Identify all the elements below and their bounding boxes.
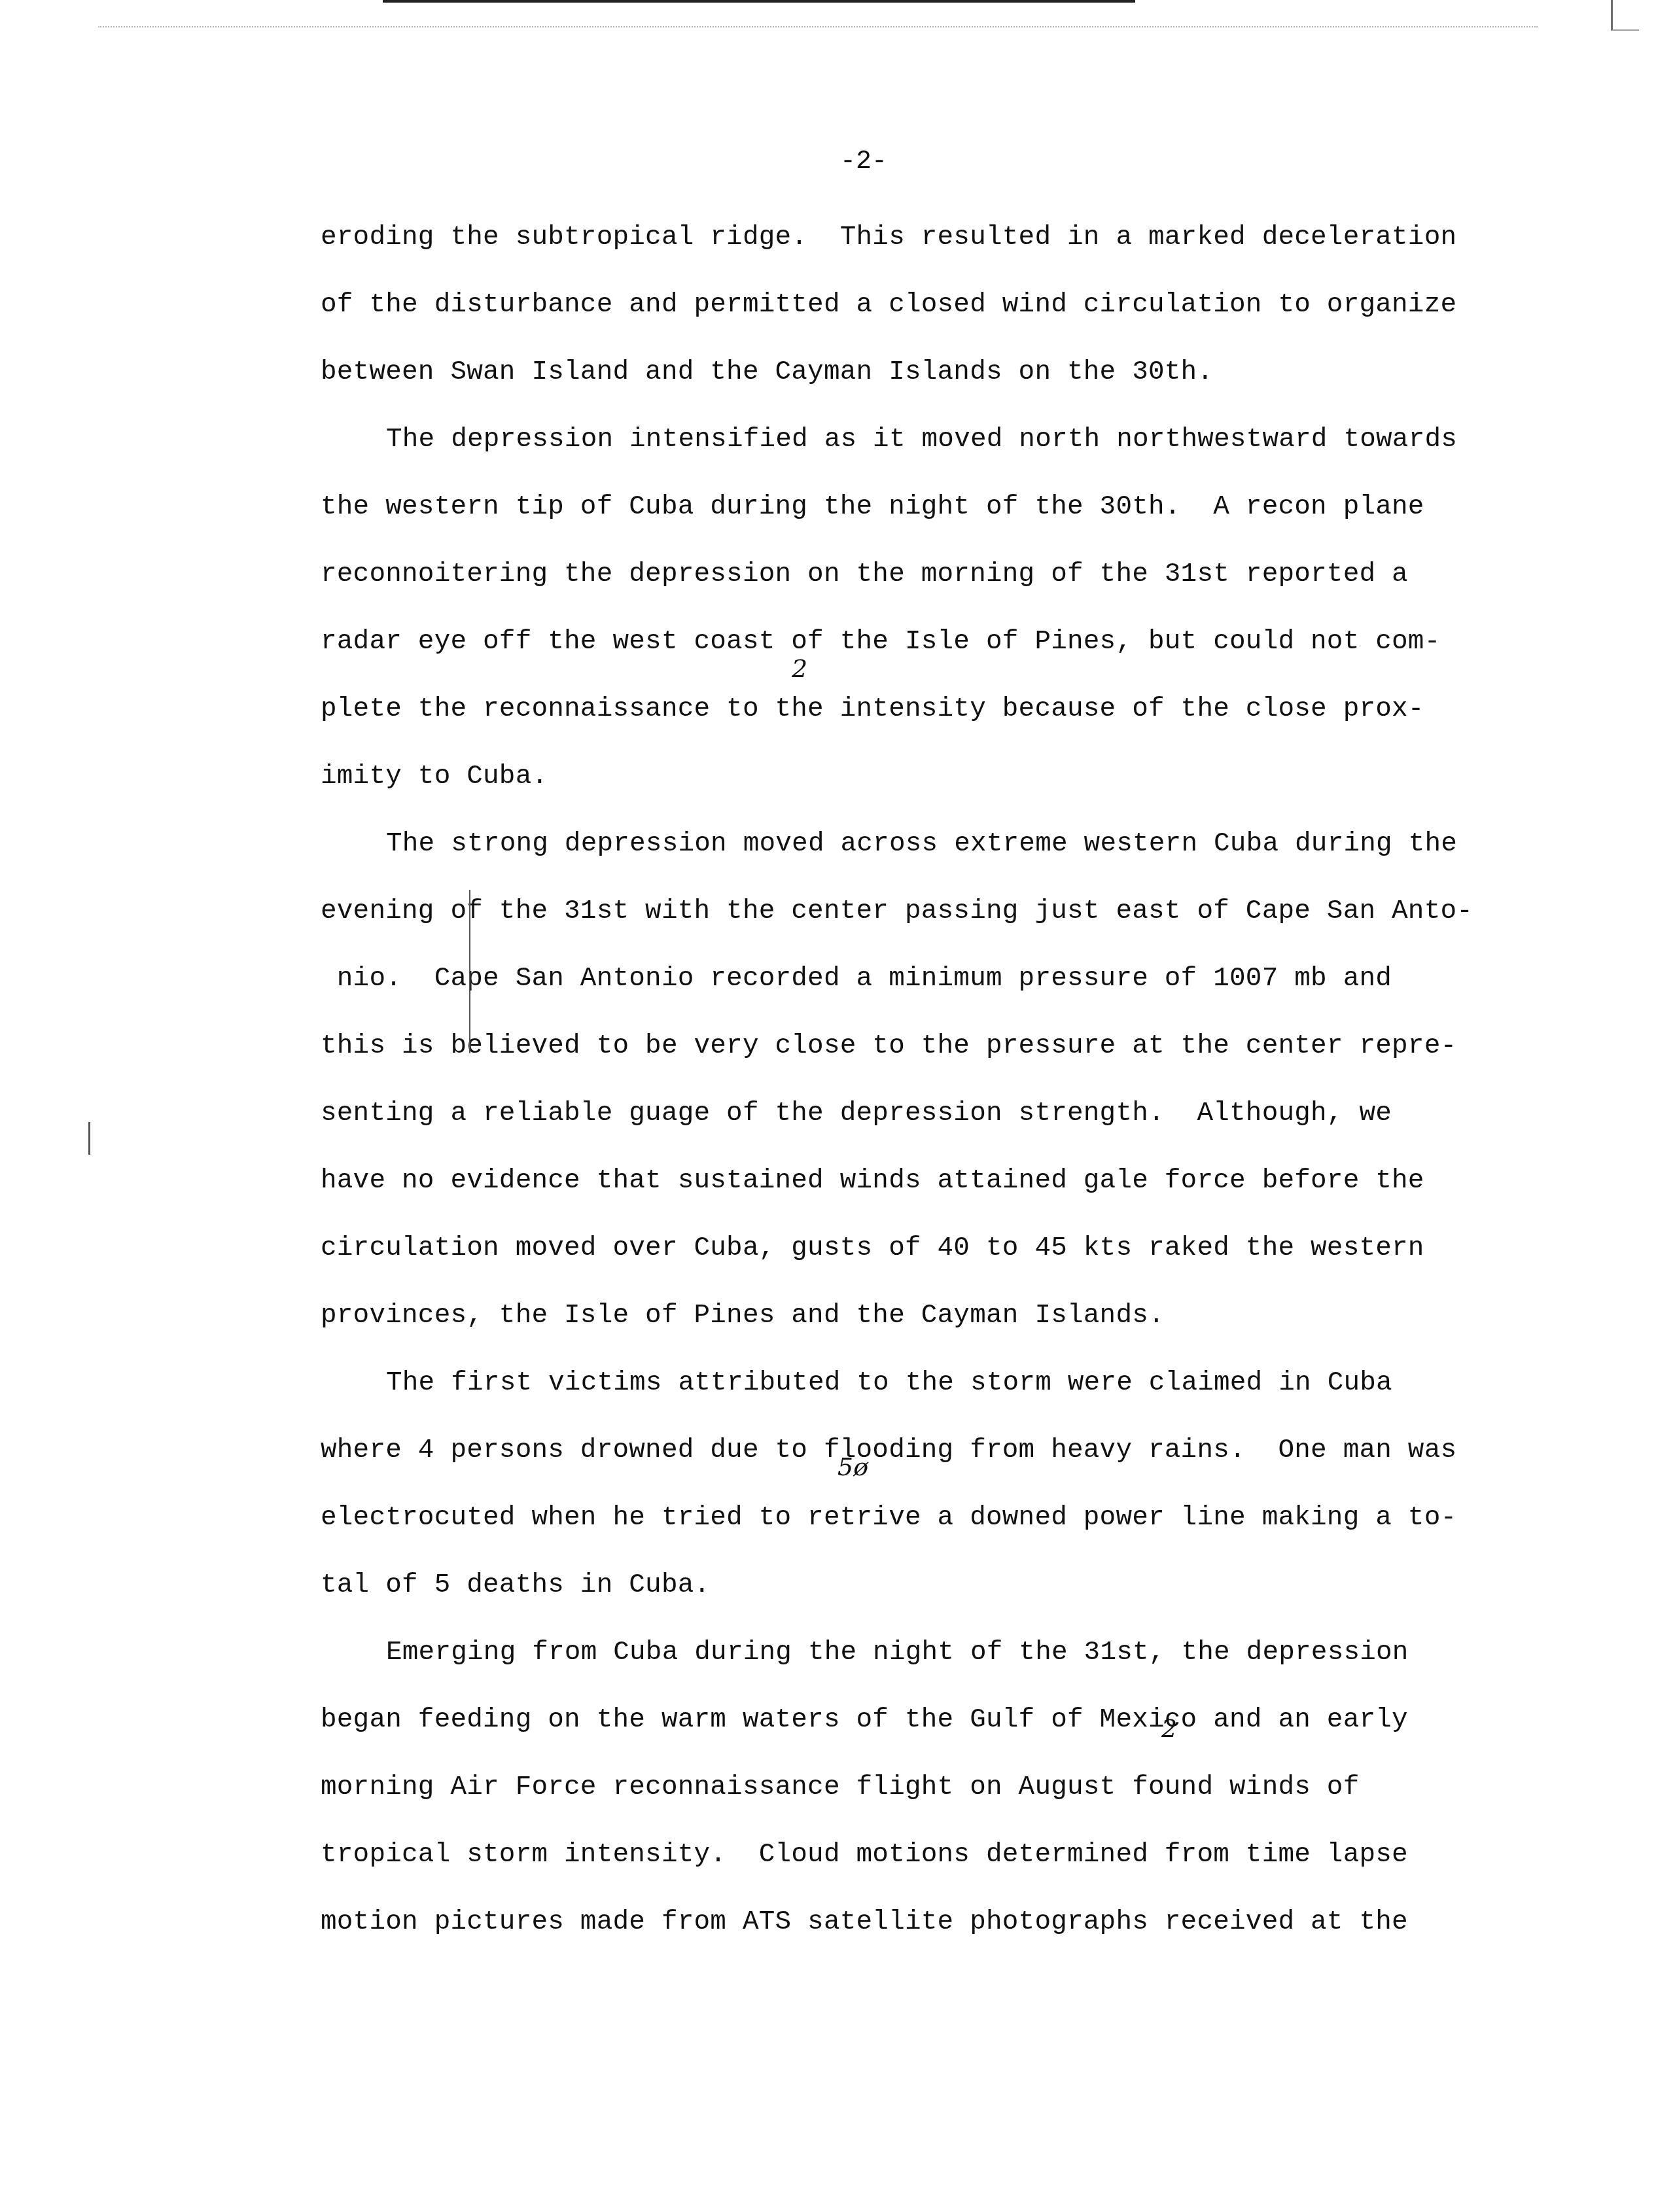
text-line: provinces, the Isle of Pines and the Cay… bbox=[321, 1282, 1538, 1350]
text-line: plete the reconnaissance to the intensit… bbox=[321, 676, 1538, 743]
scan-noise bbox=[98, 26, 1538, 29]
margin-mark bbox=[88, 1122, 90, 1155]
text-line: nio. Cape San Antonio recorded a minimum… bbox=[321, 945, 1538, 1013]
page-number: -2- bbox=[0, 147, 1675, 177]
text-line: circulation moved over Cuba, gusts of 40… bbox=[321, 1215, 1538, 1282]
text-line: tal of 5 deaths in Cuba. bbox=[321, 1552, 1538, 1619]
handwritten-annotation: 5ø bbox=[837, 1452, 868, 1481]
text-line: evening of the 31st with the center pass… bbox=[321, 878, 1538, 945]
text-line: imity to Cuba. bbox=[321, 743, 1538, 811]
handwritten-annotation: 2 bbox=[792, 654, 807, 683]
text-line: eroding the subtropical ridge. This resu… bbox=[321, 204, 1538, 272]
scan-corner-mark bbox=[1611, 0, 1639, 31]
text-line: of the disturbance and permitted a close… bbox=[321, 272, 1538, 339]
text-line: began feeding on the warm waters of the … bbox=[321, 1687, 1538, 1754]
text-line: electrocuted when he tried to retrive a … bbox=[321, 1484, 1538, 1552]
text-line: The depression intensified as it moved n… bbox=[321, 406, 1538, 474]
scan-top-edge bbox=[383, 0, 1135, 3]
text-line: morning Air Force reconnaissance flight … bbox=[321, 1754, 1538, 1821]
text-line: have no evidence that sustained winds at… bbox=[321, 1148, 1538, 1215]
handwritten-annotation: 2 bbox=[1161, 1714, 1177, 1743]
text-line: motion pictures made from ATS satellite … bbox=[321, 1889, 1538, 1956]
text-line: this is believed to be very close to the… bbox=[321, 1013, 1538, 1080]
text-line: between Swan Island and the Cayman Islan… bbox=[321, 339, 1538, 406]
body-text: eroding the subtropical ridge. This resu… bbox=[321, 204, 1538, 1956]
text-line: The strong depression moved across extre… bbox=[321, 811, 1538, 878]
text-line: reconnoitering the depression on the mor… bbox=[321, 541, 1538, 608]
text-line: Emerging from Cuba during the night of t… bbox=[321, 1619, 1538, 1687]
text-line: tropical storm intensity. Cloud motions … bbox=[321, 1821, 1538, 1889]
document-page: -2- eroding the subtropical ridge. This … bbox=[0, 0, 1675, 2212]
margin-correction-line bbox=[469, 890, 470, 1053]
text-line: where 4 persons drowned due to flooding … bbox=[321, 1417, 1538, 1484]
text-line: senting a reliable guage of the depressi… bbox=[321, 1080, 1538, 1148]
text-line: radar eye off the west coast of the Isle… bbox=[321, 608, 1538, 676]
text-line: the western tip of Cuba during the night… bbox=[321, 474, 1538, 541]
text-line: The first victims attributed to the stor… bbox=[321, 1350, 1538, 1417]
